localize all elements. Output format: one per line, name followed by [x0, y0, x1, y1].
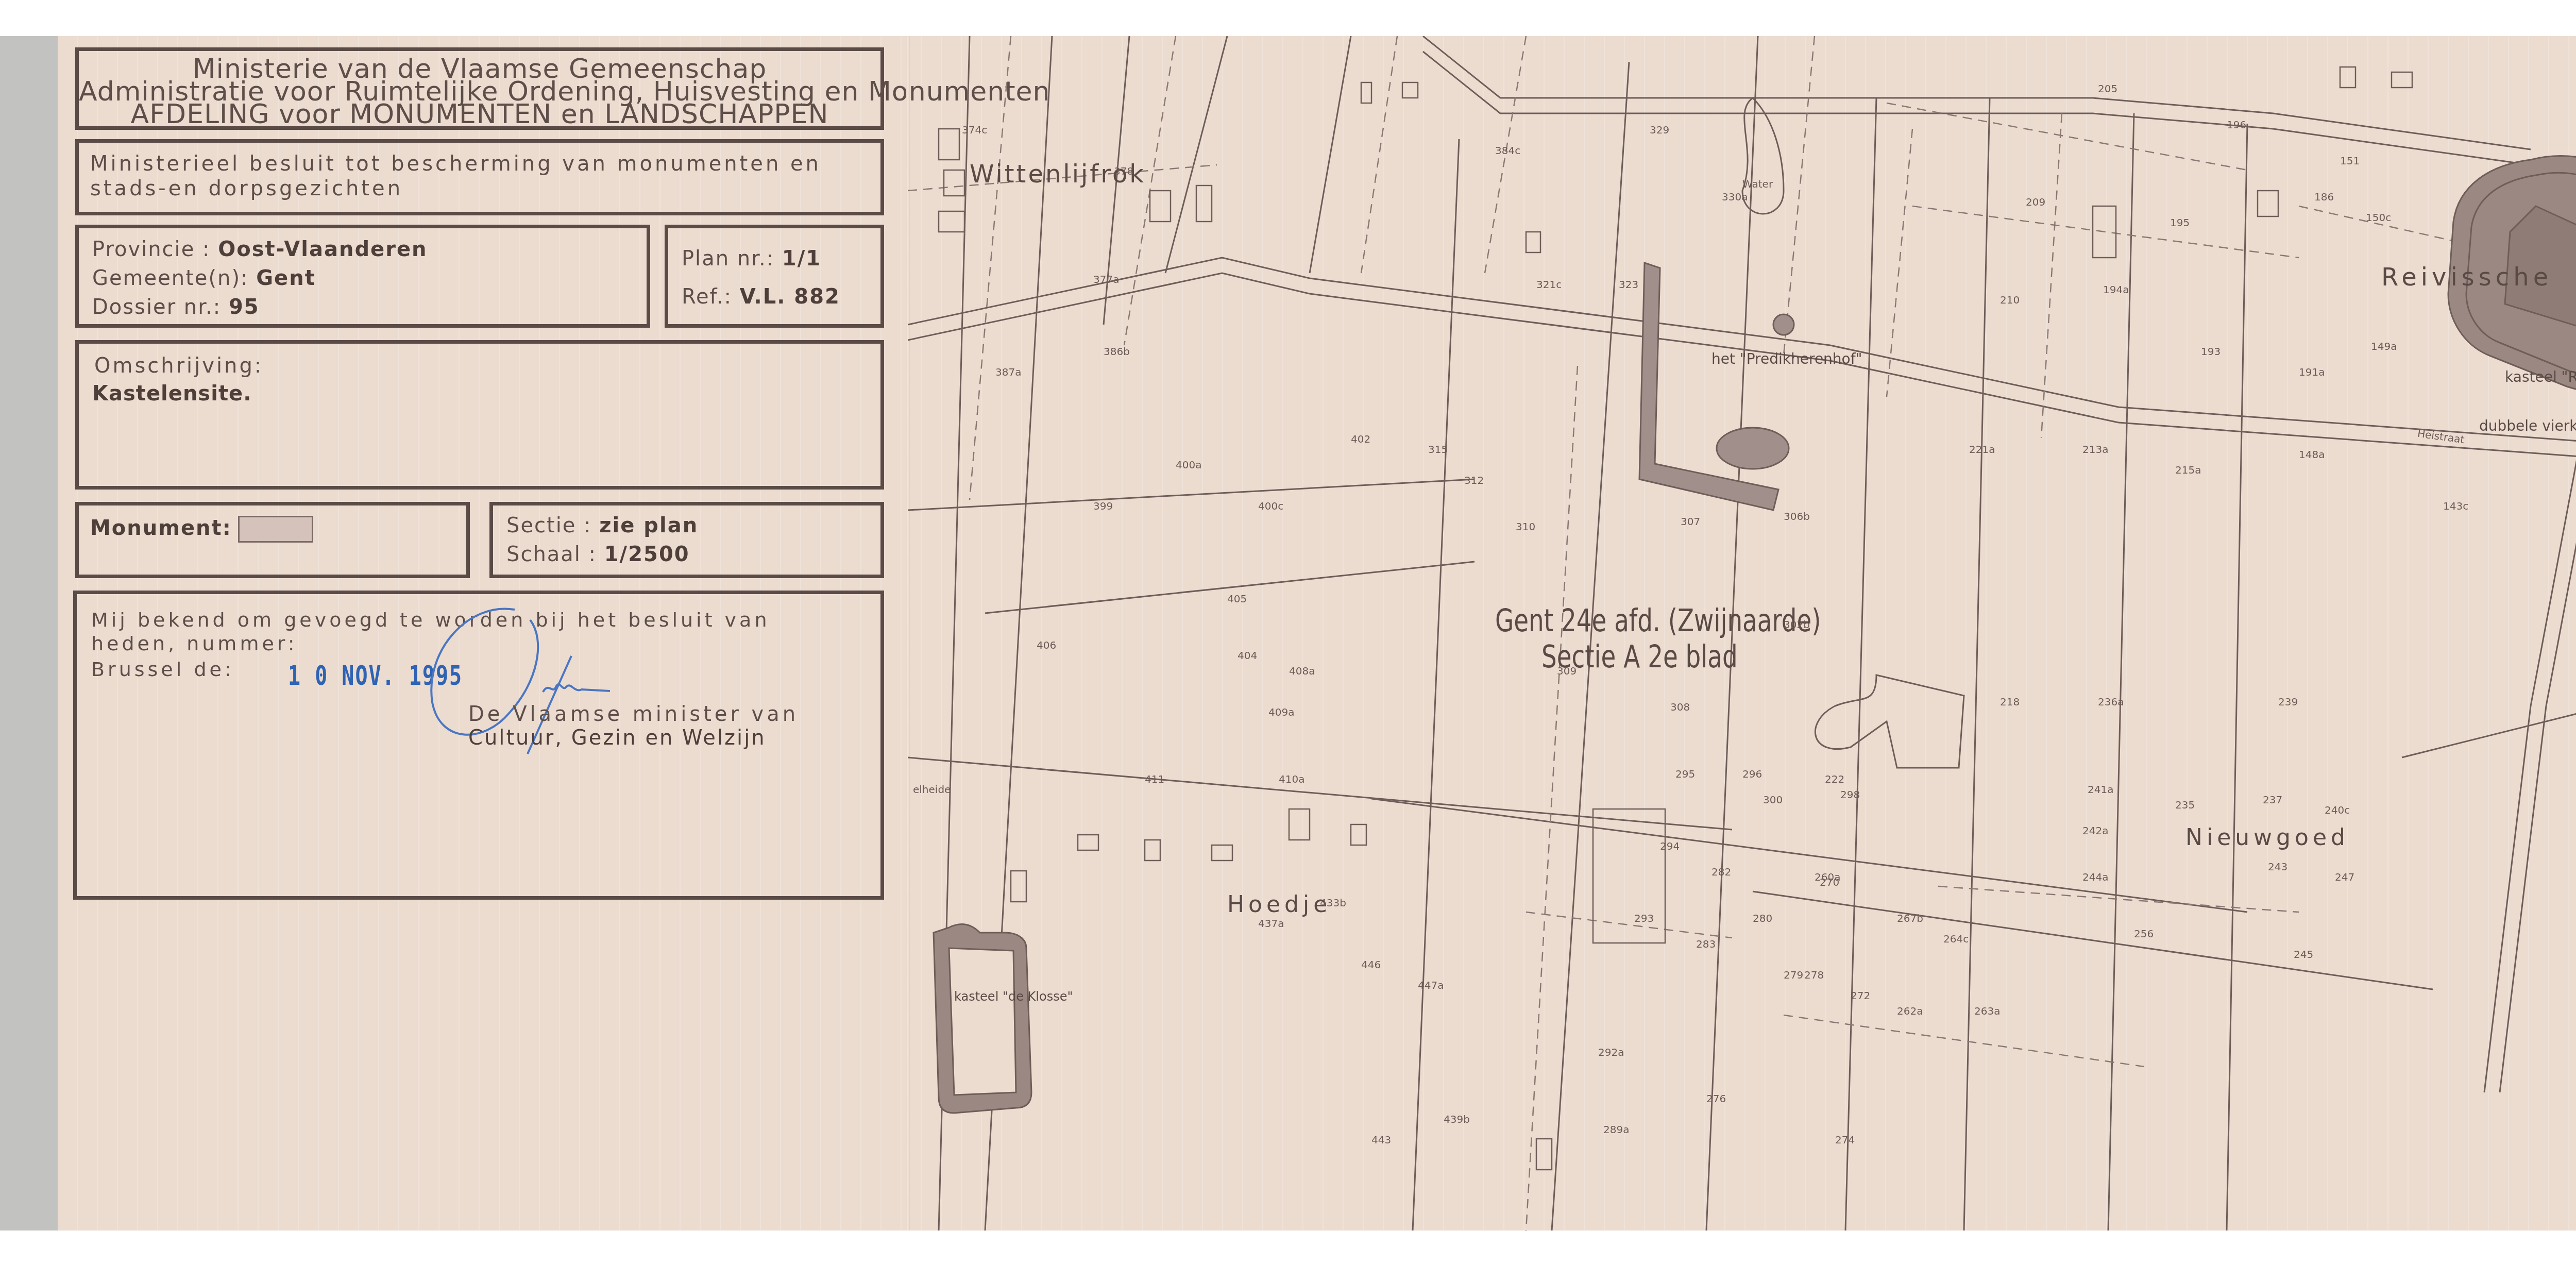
parcel-number: 409a: [1268, 706, 1294, 718]
parcel-number: 309: [1557, 665, 1577, 677]
parcel-number: 149a: [2371, 340, 2397, 352]
parcel-number: 306b: [1784, 510, 1810, 522]
parcel-number: 245: [2294, 948, 2313, 960]
parcel-number: 437a: [1258, 917, 1284, 930]
gemeente-label: Gemeente(n):: [92, 266, 248, 290]
parcel-number: 262a: [1897, 1005, 1923, 1017]
parcel-number: 310: [1516, 520, 1535, 533]
parcel-number: 235: [2175, 799, 2195, 811]
parcel-number: 191a: [2299, 366, 2325, 378]
parcel-number: 408a: [1289, 665, 1315, 677]
predikherenhof-moat: [1639, 263, 1778, 510]
plan-number-label: Plan nr.:: [682, 247, 774, 271]
location-box: Provincie : Oost-Vlaanderen Gemeente(n):…: [75, 225, 650, 328]
section-scale-box: Sectie : zie plan Schaal : 1/2500: [489, 502, 884, 578]
parcel-number: 272: [1851, 989, 1870, 1002]
approval-box: Mij bekend om gevoegd te worden bij het …: [73, 591, 884, 900]
parcel-number: 411: [1145, 773, 1164, 785]
parcel-number: 263a: [1974, 1005, 2000, 1017]
parcel-number: 402: [1351, 433, 1370, 445]
decree-line-2: stads-en dorpsgezichten: [90, 177, 403, 200]
water-label: Water: [1742, 178, 1773, 190]
parcel-number: 195: [2170, 216, 2190, 229]
place-date-label: Brussel de:: [91, 658, 234, 681]
parcel-number: 283: [1696, 938, 1716, 950]
dossier-value: 95: [229, 295, 260, 319]
parcel-number: 148a: [2299, 448, 2325, 461]
moat-description: dubbele vierkante grachtengordel: [2479, 417, 2576, 434]
parcel-number: 210: [2000, 294, 2020, 306]
place-predikherenhof: het "Predikherenhof": [1711, 350, 1862, 367]
reference-value: V.L. 882: [740, 285, 840, 309]
parcel-number: 270: [1820, 876, 1839, 888]
place-hoedje: Hoedje: [1227, 891, 1331, 918]
gemeente-value: Gent: [256, 266, 316, 290]
parcel-number: 264c: [1943, 933, 1969, 945]
parcel-number: 267b: [1897, 912, 1923, 924]
parcel-number: 302b: [1784, 618, 1810, 631]
parcel-number: 447a: [1418, 979, 1444, 991]
parcel-number: 150c: [2366, 211, 2391, 224]
signatory-ministry: Cultuur, Gezin en Welzijn: [468, 726, 766, 750]
section-zwijnaarde-title: Gent 24e afd. (Zwijnaarde): [1495, 603, 1821, 639]
cadastral-map: Heystraat Wittenlijfrok het "Predikheren…: [908, 36, 2576, 1231]
parcel-number: 312: [1464, 474, 1484, 486]
parcel-number: 240c: [2325, 804, 2350, 816]
signatory-title: De Vlaamse minister van: [468, 702, 799, 726]
parcel-number: 236a: [2098, 696, 2124, 708]
parcel-number: 222: [1825, 773, 1844, 785]
dossier-label: Dossier nr.:: [92, 295, 221, 319]
parcel-number: 387a: [995, 366, 1021, 378]
parcel-number: 209: [2026, 196, 2045, 208]
parcel-number: 374c: [962, 124, 987, 136]
parcel-number: 294: [1660, 840, 1680, 852]
parcel-number: 151: [2340, 155, 2360, 167]
monument-legend-box: Monument:: [75, 502, 470, 578]
parcel-number: 221a: [1969, 443, 1995, 456]
decree-line-1: Ministerieel besluit tot bescherming van…: [90, 152, 821, 176]
parcel-number: 300: [1763, 794, 1783, 806]
plan-ref-box: Plan nr.: 1/1 Ref.: V.L. 882: [665, 225, 884, 328]
parcel-number: 278: [1804, 969, 1824, 981]
parcel-number: 244a: [2082, 871, 2108, 883]
place-reivissche: Reivissche: [2381, 263, 2552, 292]
parcel-number: 292a: [1598, 1046, 1624, 1058]
parcel-number: 247: [2335, 871, 2354, 883]
plan-number-value: 1/1: [782, 247, 821, 271]
header-box: Ministerie van de Vlaamse Gemeenschap Ad…: [75, 47, 884, 130]
approval-line-2: heden, nummer:: [91, 632, 298, 655]
parcel-number: 276: [1706, 1092, 1726, 1105]
parcel-number: 378: [1114, 165, 1133, 177]
sectie-value: zie plan: [599, 514, 698, 537]
street-elheide: elheide: [913, 783, 951, 796]
parcel-number: 196: [2227, 119, 2246, 131]
castle-rijvissche: kasteel "Rijvissche": [2505, 368, 2576, 385]
parcel-number: 143c: [2443, 500, 2468, 512]
description-value: Kastelensite.: [92, 382, 251, 406]
parcel-number: 307: [1681, 515, 1700, 528]
castle-de-klosse: kasteel "de Klosse": [954, 989, 1073, 1004]
cadastral-plan-sheet: Ministerie van de Vlaamse Gemeenschap Ad…: [58, 36, 2576, 1231]
parcel-number: 218: [2000, 696, 2020, 708]
parcel-number: 323: [1619, 278, 1638, 291]
parcel-number: 315: [1428, 443, 1448, 456]
parcel-number: 330a: [1722, 191, 1748, 203]
sectie-label: Sectie :: [506, 514, 592, 537]
parcel-number: 241a: [2088, 783, 2113, 796]
parcel-number: 242a: [2082, 824, 2108, 837]
parcel-number: 433b: [1320, 897, 1346, 909]
parcel-number: 298: [1840, 788, 1860, 801]
parcel-number: 296: [1742, 768, 1762, 780]
parcel-number: 256: [2134, 928, 2154, 940]
parcel-number: 293: [1634, 912, 1654, 924]
parcel-number: 215a: [2175, 464, 2201, 476]
parcel-number: 194a: [2103, 283, 2129, 296]
parcel-number: 321c: [1536, 278, 1562, 291]
schaal-label: Schaal :: [506, 543, 597, 566]
parcel-number: 205: [2098, 82, 2117, 95]
place-nieuwgoed: Nieuwgoed: [2185, 824, 2349, 851]
parcel-number: 239: [2278, 696, 2298, 708]
description-box: Omschrijving: Kastelensite.: [75, 340, 884, 490]
description-label: Omschrijving:: [94, 354, 263, 378]
schaal-value: 1/2500: [604, 543, 690, 566]
parcel-number: 279: [1784, 969, 1803, 981]
provincie-value: Oost-Vlaanderen: [218, 238, 427, 261]
reference-label: Ref.:: [682, 285, 732, 309]
parcel-number: 308: [1670, 701, 1690, 713]
parcel-number: 280: [1753, 912, 1772, 924]
parcel-number: 213a: [2082, 443, 2108, 456]
parcel-number: 237: [2263, 794, 2282, 806]
parcel-number: 289a: [1603, 1123, 1629, 1136]
parcel-number: 399: [1093, 500, 1113, 512]
monument-label: Monument:: [90, 516, 232, 540]
parcel-number: 377a: [1093, 273, 1119, 285]
parcel-number: 295: [1675, 768, 1695, 780]
parcel-number: 282: [1711, 866, 1731, 878]
parcel-number: 410a: [1279, 773, 1304, 785]
decree-box: Ministerieel besluit tot bescherming van…: [75, 139, 884, 215]
parcel-number: 193: [2201, 345, 2221, 358]
parcel-number: 404: [1238, 649, 1257, 662]
parcel-number: 186: [2314, 191, 2334, 203]
parcel-number: 439b: [1444, 1113, 1470, 1125]
parcel-number: 406: [1037, 639, 1056, 651]
parcel-number: 274: [1835, 1134, 1855, 1146]
parcel-number: 446: [1361, 958, 1381, 971]
parcel-number: 243: [2268, 861, 2287, 873]
parcel-number: 386b: [1104, 345, 1130, 358]
parcel-number: 329: [1650, 124, 1669, 136]
parcel-number: 405: [1227, 593, 1247, 605]
provincie-label: Provincie :: [92, 238, 211, 261]
scanner-background-left: [0, 36, 58, 1231]
parcel-number: 384c: [1495, 144, 1520, 157]
monument-legend-swatch: [238, 516, 313, 543]
parcel-number: 400a: [1176, 459, 1201, 471]
department-name: AFDELING voor MONUMENTEN en LANDSCHAPPEN: [79, 98, 880, 130]
parcel-number: 443: [1371, 1134, 1391, 1146]
parcel-number: 400c: [1258, 500, 1283, 512]
